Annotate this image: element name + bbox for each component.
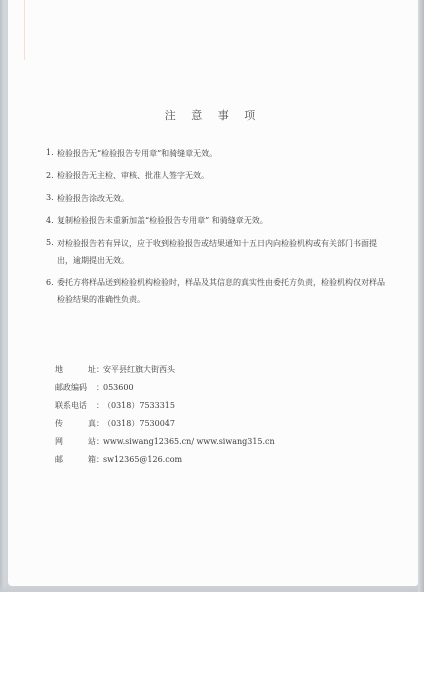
contact-fax: 传 真 ： （0318）7530047 — [55, 418, 355, 436]
note-item: 3. 检验报告涂改无效。 — [46, 193, 386, 207]
note-number: 3. — [46, 193, 57, 207]
note-number: 4. — [46, 216, 57, 230]
scanner-border-right — [418, 0, 424, 592]
contact-value: （0318）7533315 — [103, 400, 175, 418]
notes-list: 1. 检验报告无“检验报告专用章”和骑缝章无效。 2. 检验报告无主检、审核、批… — [46, 148, 386, 317]
scanned-page: 注 意 事 项 1. 检验报告无“检验报告专用章”和骑缝章无效。 2. 检验报告… — [8, 0, 418, 586]
contact-info: 地 址 ： 安平县红旗大街西头 邮政编码 ： 053600 联系电话 ： （03… — [55, 364, 355, 472]
contact-label: 地 址 — [55, 364, 96, 382]
contact-label: 网 站 — [55, 436, 96, 454]
margin-mark — [24, 0, 25, 60]
note-number: 5. — [46, 238, 57, 269]
contact-address: 地 址 ： 安平县红旗大街西头 — [55, 364, 355, 382]
contact-label: 邮 箱 — [55, 454, 96, 472]
contact-website: 网 站 ： www.siwang12365.cn/ www.siwang315.… — [55, 436, 355, 454]
note-item: 4. 复制检验报告未重新加盖“检验报告专用章” 和骑缝章无效。 — [46, 216, 386, 230]
page-title: 注 意 事 项 — [8, 107, 418, 123]
contact-phone: 联系电话 ： （0318）7533315 — [55, 400, 355, 418]
note-number: 1. — [46, 148, 57, 162]
contact-postcode: 邮政编码 ： 053600 — [55, 382, 355, 400]
note-text: 复制检验报告未重新加盖“检验报告专用章” 和骑缝章无效。 — [57, 212, 386, 229]
note-text: 对检验报告若有异议，应于收到检验报告或结果通知十五日内向检验机构或有关部门书面提… — [57, 235, 386, 269]
note-text: 检验报告涂改无效。 — [57, 190, 386, 207]
contact-value: （0318）7530047 — [103, 418, 175, 436]
note-item: 1. 检验报告无“检验报告专用章”和骑缝章无效。 — [46, 148, 386, 162]
note-text: 检验报告无主检、审核、批准人签字无效。 — [57, 167, 386, 184]
contact-label: 联系电话 — [55, 400, 96, 418]
contact-value: www.siwang12365.cn/ www.siwang315.cn — [103, 436, 275, 454]
contact-label: 邮政编码 — [55, 382, 96, 400]
note-item: 6. 委托方将样品送到检验机构检验时，样品及其信息的真实性由委托方负责，检验机构… — [46, 278, 386, 309]
note-item: 5. 对检验报告若有异议，应于收到检验报告或结果通知十五日内向检验机构或有关部门… — [46, 238, 386, 269]
note-text: 检验报告无“检验报告专用章”和骑缝章无效。 — [57, 145, 386, 162]
note-text: 委托方将样品送到检验机构检验时，样品及其信息的真实性由委托方负责，检验机构仅对样… — [57, 274, 386, 308]
contact-label: 传 真 — [55, 418, 96, 436]
contact-email: 邮 箱 ： sw12365@126.com — [55, 454, 355, 472]
contact-value: 安平县红旗大街西头 — [103, 364, 175, 382]
contact-value: 053600 — [103, 382, 134, 400]
note-item: 2. 检验报告无主检、审核、批准人签字无效。 — [46, 171, 386, 185]
note-number: 2. — [46, 171, 57, 185]
note-number: 6. — [46, 278, 57, 309]
contact-value: sw12365@126.com — [103, 454, 182, 472]
